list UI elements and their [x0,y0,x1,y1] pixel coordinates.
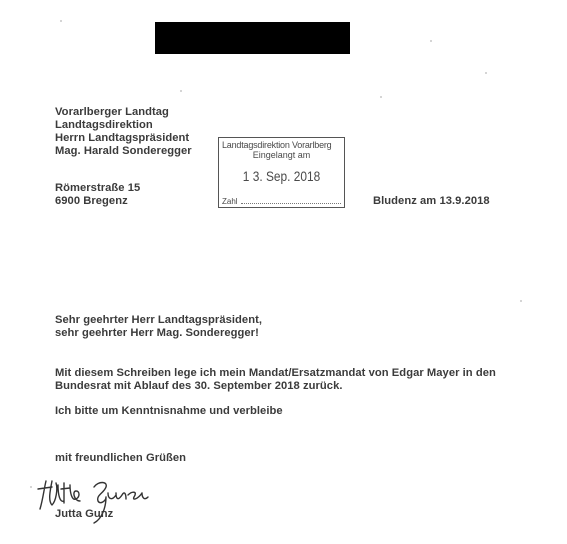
received-stamp: Landtagsdirektion Vorarlberg Eingelangt … [218,137,345,208]
salutation-line-2: sehr geehrter Herr Mag. Sonderegger! [55,327,259,340]
scan-speck [180,90,182,92]
stamp-date: 1 3. Sep. 2018 [228,168,334,184]
scan-speck [485,72,487,74]
scan-speck [60,20,62,22]
redaction-bar [155,22,350,54]
closing-request: Ich bitte um Kenntnisnahme und verbleibe [55,405,283,418]
closing: mit freundlichen Grüßen [55,452,186,465]
recipient-street: Römerstraße 15 [55,182,140,195]
scan-speck [380,96,382,98]
body-line-1: Mit diesem Schreiben lege ich mein Manda… [55,367,496,380]
recipient-line-4: Mag. Harald Sonderegger [55,145,192,158]
stamp-zahl-line [241,203,341,204]
recipient-line-1: Vorarlberger Landtag [55,106,169,119]
stamp-zahl-label: Zahl [222,197,238,206]
body-line-2: Bundesrat mit Ablauf des 30. September 2… [55,380,343,393]
scan-speck [30,486,32,488]
stamp-office: Landtagsdirektion Vorarlberg [222,140,331,150]
stamp-received-label: Eingelangt am [219,150,344,160]
recipient-city: 6900 Bregenz [55,195,128,208]
signature-name: Jutta Gunz [55,508,113,521]
recipient-line-3: Herrn Landtagspräsident [55,132,189,145]
place-date: Bludenz am 13.9.2018 [373,195,490,208]
salutation-line-1: Sehr geehrter Herr Landtagspräsident, [55,314,262,327]
scan-speck [430,40,432,42]
scan-speck [520,300,522,302]
recipient-line-2: Landtagsdirektion [55,119,153,132]
